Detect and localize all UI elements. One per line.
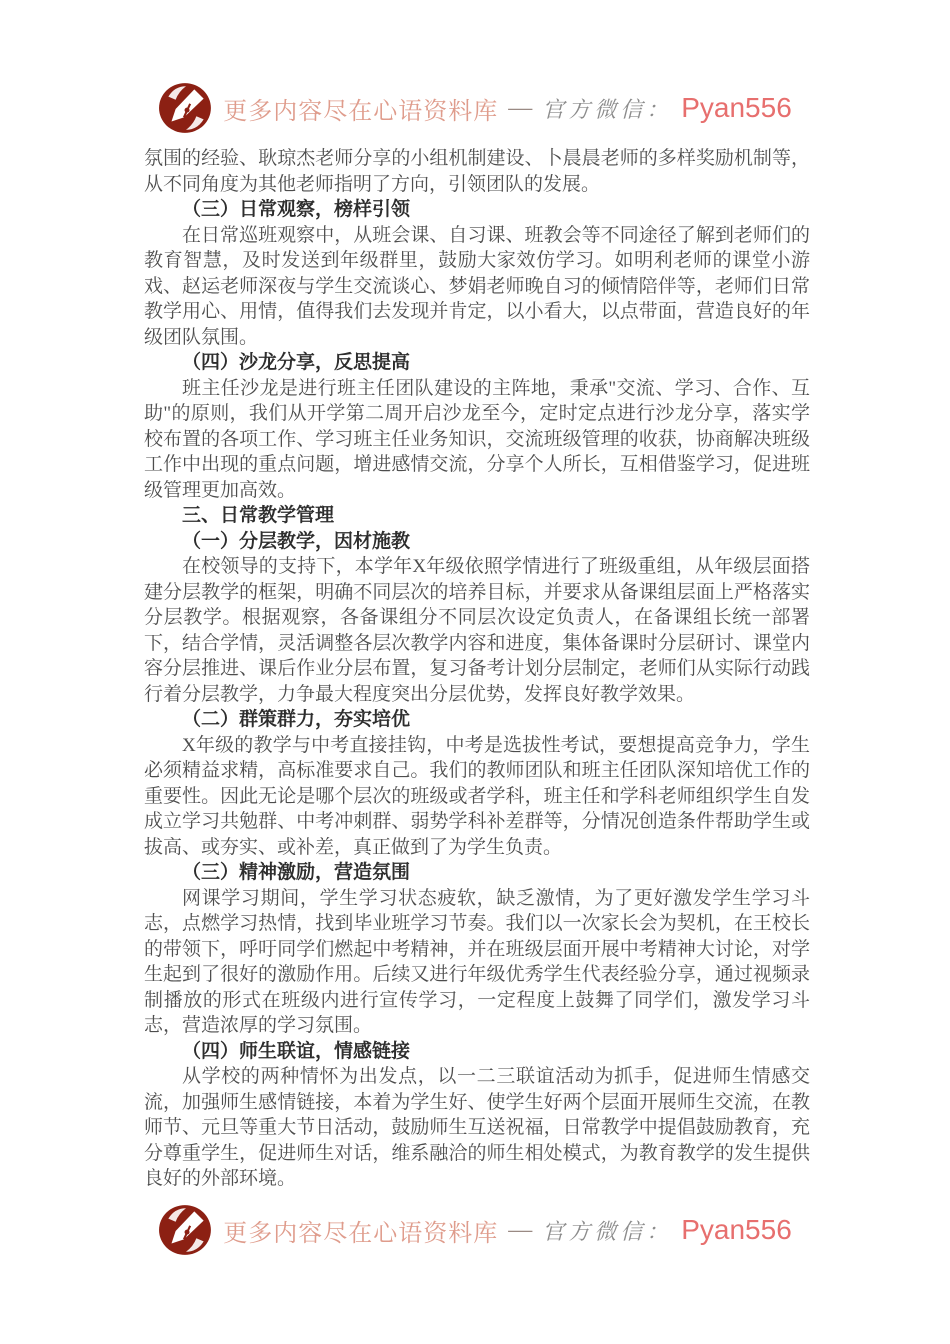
header-watermark: 更多内容尽在心语资料库—官方微信： Pyan556 [0, 82, 950, 134]
section-heading: （三）精神激励，营造氛围 [144, 860, 810, 886]
brand-dash: — [508, 95, 532, 122]
wechat-id: Pyan556 [681, 92, 792, 124]
section-heading: （三）日常观察，榜样引领 [144, 197, 810, 223]
section-heading: （四）师生联谊，情感链接 [144, 1039, 810, 1065]
paragraph: 在日常巡班观察中，从班会课、自习课、班教会等不同途径了解到老师们的教育智慧，及时… [144, 223, 810, 351]
brand-slogan-text: 更多内容尽在心语资料库 [223, 1213, 498, 1248]
paragraph: X年级的教学与中考直接挂钩，中考是选拔性考试，要想提高竞争力，学生必须精益求精，… [144, 733, 810, 861]
section-heading: （四）沙龙分享，反思提高 [144, 350, 810, 376]
document-body: 氛围的经验、耿琼杰老师分享的小组机制建设、卜晨晨老师的多样奖励机制等，从不同角度… [144, 146, 810, 1192]
pen-nib-logo-icon [158, 1204, 214, 1256]
document-page: 更多内容尽在心语资料库—官方微信： Pyan556 氛围的经验、耿琼杰老师分享的… [0, 0, 950, 1344]
paragraph: 在校领导的支持下，本学年X年级依照学情进行了班级重组，从年级层面搭建分层教学的框… [144, 554, 810, 707]
paragraph: 班主任沙龙是进行班主任团队建设的主阵地，秉承"交流、学习、合作、互助"的原则，我… [144, 376, 810, 504]
footer-watermark: 更多内容尽在心语资料库—官方微信： Pyan556 [0, 1204, 950, 1256]
paragraph: 从学校的两种情怀为出发点，以一二三联谊活动为抓手，促进师生情感交流，加强师生感情… [144, 1064, 810, 1192]
paragraph: 网课学习期间，学生学习状态疲软，缺乏激情，为了更好激发学生学习斗志，点燃学习热情… [144, 886, 810, 1039]
paragraph: 氛围的经验、耿琼杰老师分享的小组机制建设、卜晨晨老师的多样奖励机制等，从不同角度… [144, 146, 810, 197]
pen-nib-logo-icon [158, 82, 214, 134]
wechat-label: 官方微信： [542, 93, 672, 124]
brand-slogan-text: 更多内容尽在心语资料库 [223, 91, 498, 126]
wechat-id: Pyan556 [681, 1214, 792, 1246]
section-heading: 三、日常教学管理 [144, 503, 810, 529]
section-heading: （一）分层教学，因材施教 [144, 529, 810, 555]
wechat-label: 官方微信： [542, 1215, 672, 1246]
brand-dash: — [508, 1217, 532, 1244]
section-heading: （二）群策群力，夯实培优 [144, 707, 810, 733]
